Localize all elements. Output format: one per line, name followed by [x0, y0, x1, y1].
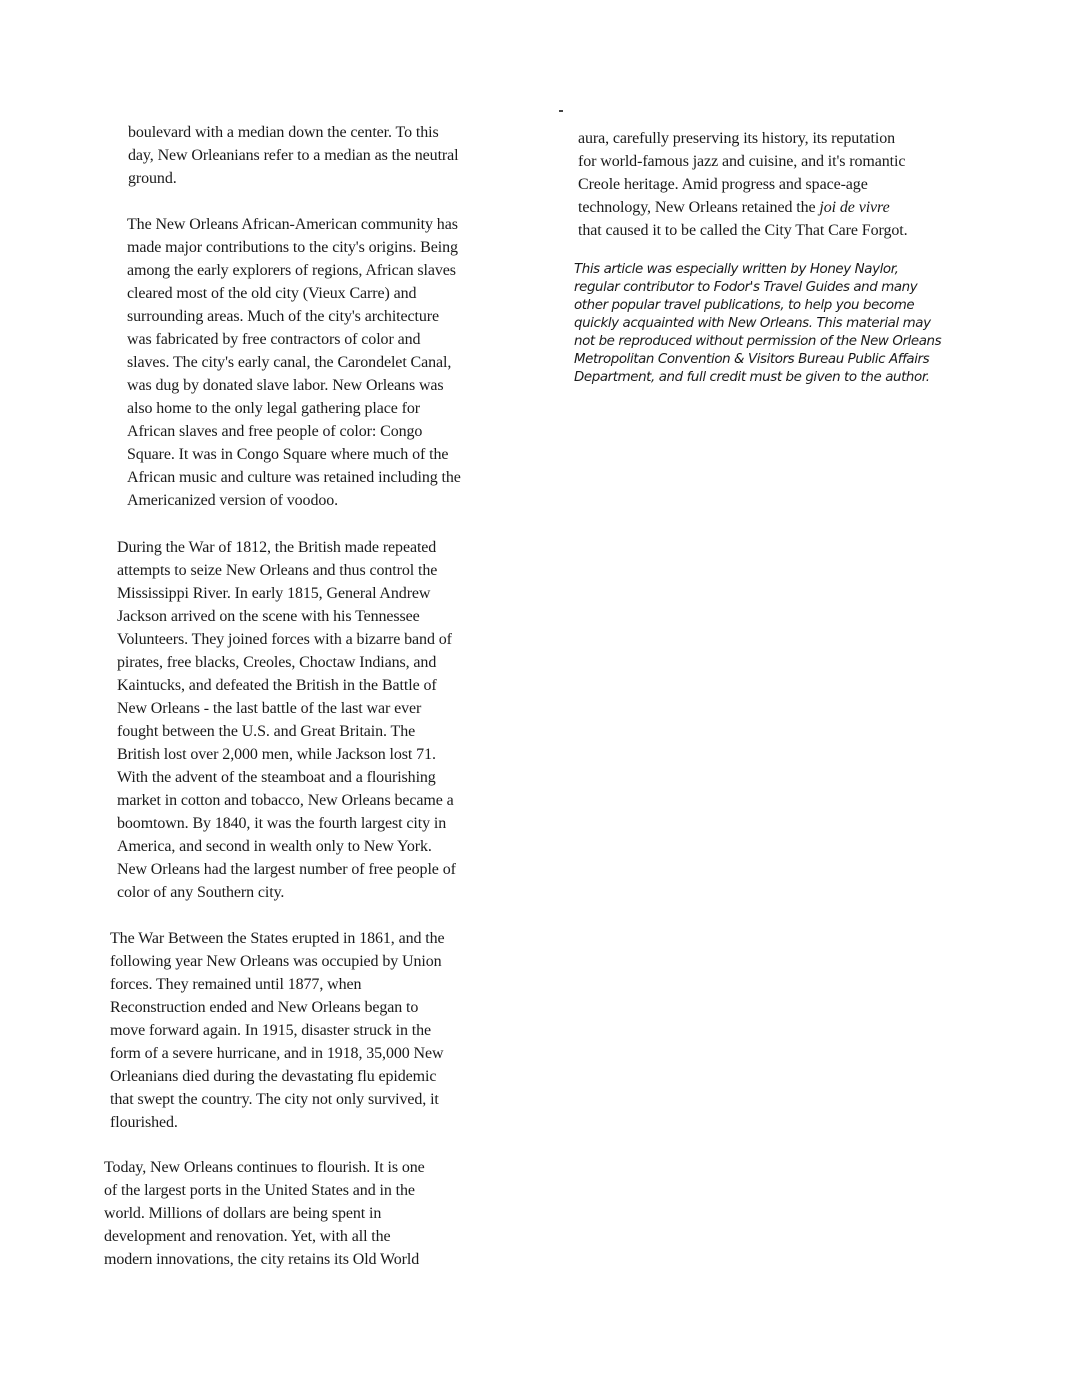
text-line: New Orleans had the largest number of fr… — [117, 858, 517, 881]
text-line: Kaintucks, and defeated the British in t… — [117, 674, 517, 697]
text-line: was dug by donated slave labor. New Orle… — [127, 374, 527, 397]
text-line: following year New Orleans was occupied … — [110, 950, 510, 973]
text-line: that swept the country. The city not onl… — [110, 1088, 510, 1111]
text-line: development and renovation. Yet, with al… — [104, 1225, 504, 1248]
left-column-african-american: The New Orleans African-American communi… — [127, 213, 527, 534]
scan-artifact — [559, 110, 563, 112]
text-line: made major contributions to the city's o… — [127, 236, 527, 259]
text-line: move forward again. In 1915, disaster st… — [110, 1019, 510, 1042]
text-line: color of any Southern city. — [117, 881, 517, 904]
text-line: that caused it to be called the City Tha… — [578, 219, 978, 242]
text-line: for world-famous jazz and cuisine, and i… — [578, 150, 978, 173]
text-line: African slaves and free people of color:… — [127, 420, 527, 443]
text-line: The War Between the States erupted in 18… — [110, 927, 510, 950]
paragraph-today: Today, New Orleans continues to flourish… — [104, 1156, 504, 1271]
text-line: boomtown. By 1840, it was the fourth lar… — [117, 812, 517, 835]
text-line: Mississippi River. In early 1815, Genera… — [117, 582, 517, 605]
text-line: was fabricated by free contractors of co… — [127, 328, 527, 351]
paragraph-old-world-aura: aura, carefully preserving its history, … — [578, 127, 978, 242]
text-line: cleared most of the old city (Vieux Carr… — [127, 282, 527, 305]
text-line: world. Millions of dollars are being spe… — [104, 1202, 504, 1225]
text-line: day, New Orleanians refer to a median as… — [128, 144, 528, 167]
text-line: form of a severe hurricane, and in 1918,… — [110, 1042, 510, 1065]
text-line: Reconstruction ended and New Orleans beg… — [110, 996, 510, 1019]
text-line: aura, carefully preserving its history, … — [578, 127, 978, 150]
text-line: America, and second in wealth only to Ne… — [117, 835, 517, 858]
text-line: fought between the U.S. and Great Britai… — [117, 720, 517, 743]
text-line: pirates, free blacks, Creoles, Choctaw I… — [117, 651, 517, 674]
left-column: boulevard with a median down the center.… — [128, 121, 528, 212]
author-credit: This article was especially written by H… — [574, 261, 974, 387]
credit-line: Metropolitan Convention & Visitors Burea… — [574, 351, 974, 369]
text-line: Today, New Orleans continues to flourish… — [104, 1156, 504, 1179]
left-column-today: Today, New Orleans continues to flourish… — [104, 1156, 504, 1293]
text-line: boulevard with a median down the center.… — [128, 121, 528, 144]
text-line: British lost over 2,000 men, while Jacks… — [117, 743, 517, 766]
credit-line: other popular travel publications, to he… — [574, 297, 974, 315]
paragraph-war-of-1812: During the War of 1812, the British made… — [117, 536, 517, 904]
text-line: attempts to seize New Orleans and thus c… — [117, 559, 517, 582]
credit-line: Department, and full credit must be give… — [574, 369, 974, 387]
text-line: market in cotton and tobacco, New Orlean… — [117, 789, 517, 812]
text-line: The New Orleans African-American communi… — [127, 213, 527, 236]
right-column: aura, carefully preserving its history, … — [578, 127, 978, 264]
text-line: Americanized version of voodoo. — [127, 489, 527, 512]
text-line: among the early explorers of regions, Af… — [127, 259, 527, 282]
credit-line: not be reproduced without permission of … — [574, 333, 974, 351]
text-line: Volunteers. They joined forces with a bi… — [117, 628, 517, 651]
text-line: Orleanians died during the devastating f… — [110, 1065, 510, 1088]
text-line: ground. — [128, 167, 528, 190]
text-line: surrounding areas. Much of the city's ar… — [127, 305, 527, 328]
text-line: Creole heritage. Amid progress and space… — [578, 173, 978, 196]
credit-line: This article was especially written by H… — [574, 261, 974, 279]
text-line: New Orleans - the last battle of the las… — [117, 697, 517, 720]
text-line: Square. It was in Congo Square where muc… — [127, 443, 527, 466]
paragraph-african-american-community: The New Orleans African-American communi… — [127, 213, 527, 512]
paragraph-war-between-states: The War Between the States erupted in 18… — [110, 927, 510, 1134]
text-line: also home to the only legal gathering pl… — [127, 397, 527, 420]
text-line: forces. They remained until 1877, when — [110, 973, 510, 996]
text-line: modern innovations, the city retains its… — [104, 1248, 504, 1271]
text-line: With the advent of the steamboat and a f… — [117, 766, 517, 789]
text-line: African music and culture was retained i… — [127, 466, 527, 489]
credit-line: regular contributor to Fodor's Travel Gu… — [574, 279, 974, 297]
paragraph-neutral-ground: boulevard with a median down the center.… — [128, 121, 528, 190]
credit-line: quickly acquainted with New Orleans. Thi… — [574, 315, 974, 333]
text-line: technology, New Orleans retained the joi… — [578, 196, 978, 219]
left-column-war-of-1812: During the War of 1812, the British made… — [117, 536, 517, 926]
text-line: flourished. — [110, 1111, 510, 1134]
text-segment: technology, New Orleans retained the — [578, 199, 819, 216]
text-line: Jackson arrived on the scene with his Te… — [117, 605, 517, 628]
italic-phrase: joi de vivre — [819, 199, 889, 216]
text-line: During the War of 1812, the British made… — [117, 536, 517, 559]
left-column-war-between-states: The War Between the States erupted in 18… — [110, 927, 510, 1156]
text-line: of the largest ports in the United State… — [104, 1179, 504, 1202]
text-line: slaves. The city's early canal, the Caro… — [127, 351, 527, 374]
